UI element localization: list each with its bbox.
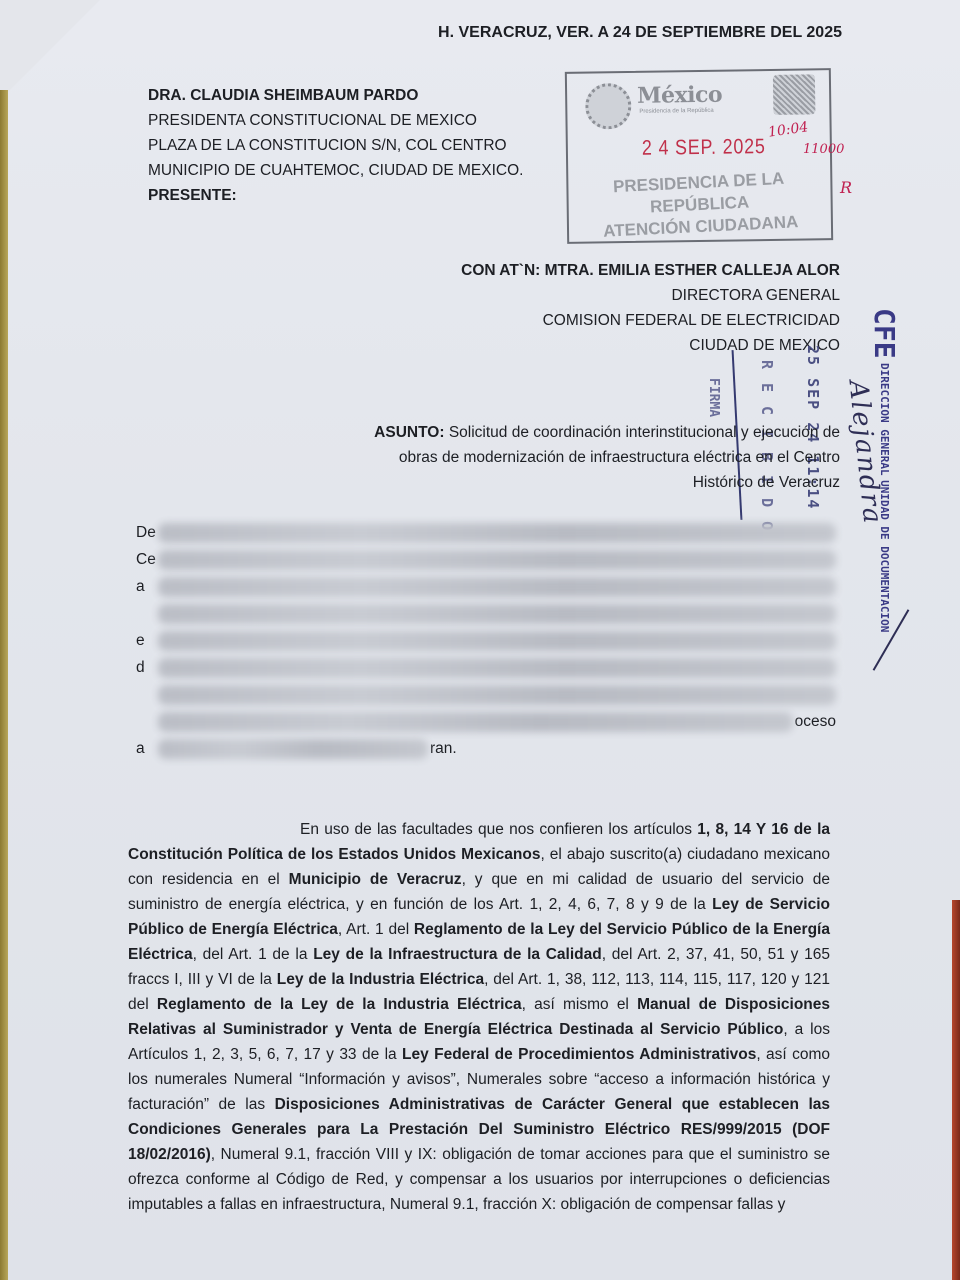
blurred-text	[158, 712, 793, 732]
place-date: H. VERACRUZ, VER. A 24 DE SEPTIEMBRE DEL…	[438, 20, 842, 45]
body-text: , así mismo el	[522, 996, 637, 1013]
recipient-address-1: PLAZA DE LA CONSTITUCION S/N, COL CENTRO	[148, 133, 523, 158]
body-legal-reference: Municipio de Veracruz	[289, 871, 462, 888]
subject-label: ASUNTO:	[374, 424, 444, 441]
redacted-line: oceso	[136, 709, 836, 734]
blurred-text	[158, 550, 836, 570]
blurred-text	[158, 658, 836, 678]
body-text: , del Art. 1 de la	[193, 946, 314, 963]
redacted-line: aran.	[136, 736, 836, 761]
salutation: PRESENTE:	[148, 183, 523, 208]
blurred-text	[158, 523, 836, 543]
attention-title: DIRECTORA GENERAL	[461, 283, 840, 308]
stamp-office: PRESIDENCIA DE LA REPÚBLICA ATENCIÓN CIU…	[573, 166, 826, 244]
attention-city: CIUDAD DE MEXICO	[461, 333, 840, 358]
stamp-date: 2 4 SEP. 2025	[642, 135, 766, 161]
blurred-text	[158, 631, 836, 651]
redacted-line-lead: d	[136, 659, 158, 677]
redacted-line: Ce	[136, 547, 836, 572]
blurred-text	[158, 739, 428, 759]
redacted-line-tail: oceso	[793, 713, 836, 731]
recipient-address-2: MUNICIPIO DE CUAHTEMOC, CIUDAD DE MEXICO…	[148, 158, 523, 183]
recipient-title: PRESIDENTA CONSTITUCIONAL DE MEXICO	[148, 108, 523, 133]
folder-edge	[0, 90, 8, 1280]
redacted-line: e	[136, 628, 836, 653]
body-legal-reference: Ley de la Infraestructura de la Calidad	[313, 946, 602, 963]
body-legal-reference: Ley de la Industria Eléctrica	[277, 971, 484, 988]
redacted-line-lead: Ce	[136, 551, 158, 569]
body-text: , Art. 1 del	[338, 921, 414, 938]
redacted-line-lead: De	[136, 524, 158, 542]
redacted-line-lead: a	[136, 740, 158, 758]
blurred-text	[158, 604, 836, 624]
body-legal-reference: Ley Federal de Procedimientos Administra…	[402, 1046, 756, 1063]
blurred-text	[158, 577, 836, 597]
redacted-line	[136, 601, 836, 626]
attention-name: CON AT`N: MTRA. EMILIA ESTHER CALLEJA AL…	[461, 258, 840, 283]
redacted-line: d	[136, 655, 836, 680]
firma-label: FIRMA	[706, 378, 721, 417]
body-paragraph: En uso de las facultades que nos confier…	[128, 817, 830, 1217]
recipient-block: DRA. CLAUDIA SHEIMBAUM PARDO PRESIDENTA …	[148, 83, 523, 208]
redacted-paragraph: DeCeaedocesoaran.	[136, 520, 836, 770]
national-seal-icon	[585, 83, 632, 130]
handwritten-initial: R	[840, 178, 852, 197]
attention-block: CON AT`N: MTRA. EMILIA ESTHER CALLEJA AL…	[461, 258, 840, 358]
flag-icon	[773, 74, 816, 115]
redacted-line	[136, 682, 836, 707]
body-text: , Numeral 9.1, fracción VIII y IX: oblig…	[128, 1146, 830, 1213]
subject-block: ASUNTO: Solicitud de coordinación interi…	[370, 420, 840, 495]
body-legal-reference: Reglamento de la Ley de la Industria Elé…	[157, 996, 522, 1013]
body-text: En uso de las facultades que nos confier…	[300, 821, 697, 838]
redacted-line-tail: ran.	[428, 740, 457, 758]
cfe-logo: CFE	[868, 308, 901, 359]
attention-organization: COMISION FEDERAL DE ELECTRICIDAD	[461, 308, 840, 333]
redacted-line-lead: e	[136, 632, 158, 650]
folder-edge-right	[952, 900, 960, 1280]
recipient-name: DRA. CLAUDIA SHEIMBAUM PARDO	[148, 83, 523, 108]
blurred-text	[158, 685, 836, 705]
presidency-reception-stamp: México Presidencia de la República 2 4 S…	[565, 68, 833, 244]
subject-text: Solicitud de coordinación interinstituci…	[399, 424, 840, 491]
handwritten-number: 11000	[803, 142, 844, 157]
redacted-line-lead: a	[136, 578, 158, 596]
redacted-line: a	[136, 574, 836, 599]
mexico-logo: México	[637, 82, 722, 109]
mexico-logo-subtext: Presidencia de la República	[639, 108, 713, 115]
redacted-line: De	[136, 520, 836, 545]
